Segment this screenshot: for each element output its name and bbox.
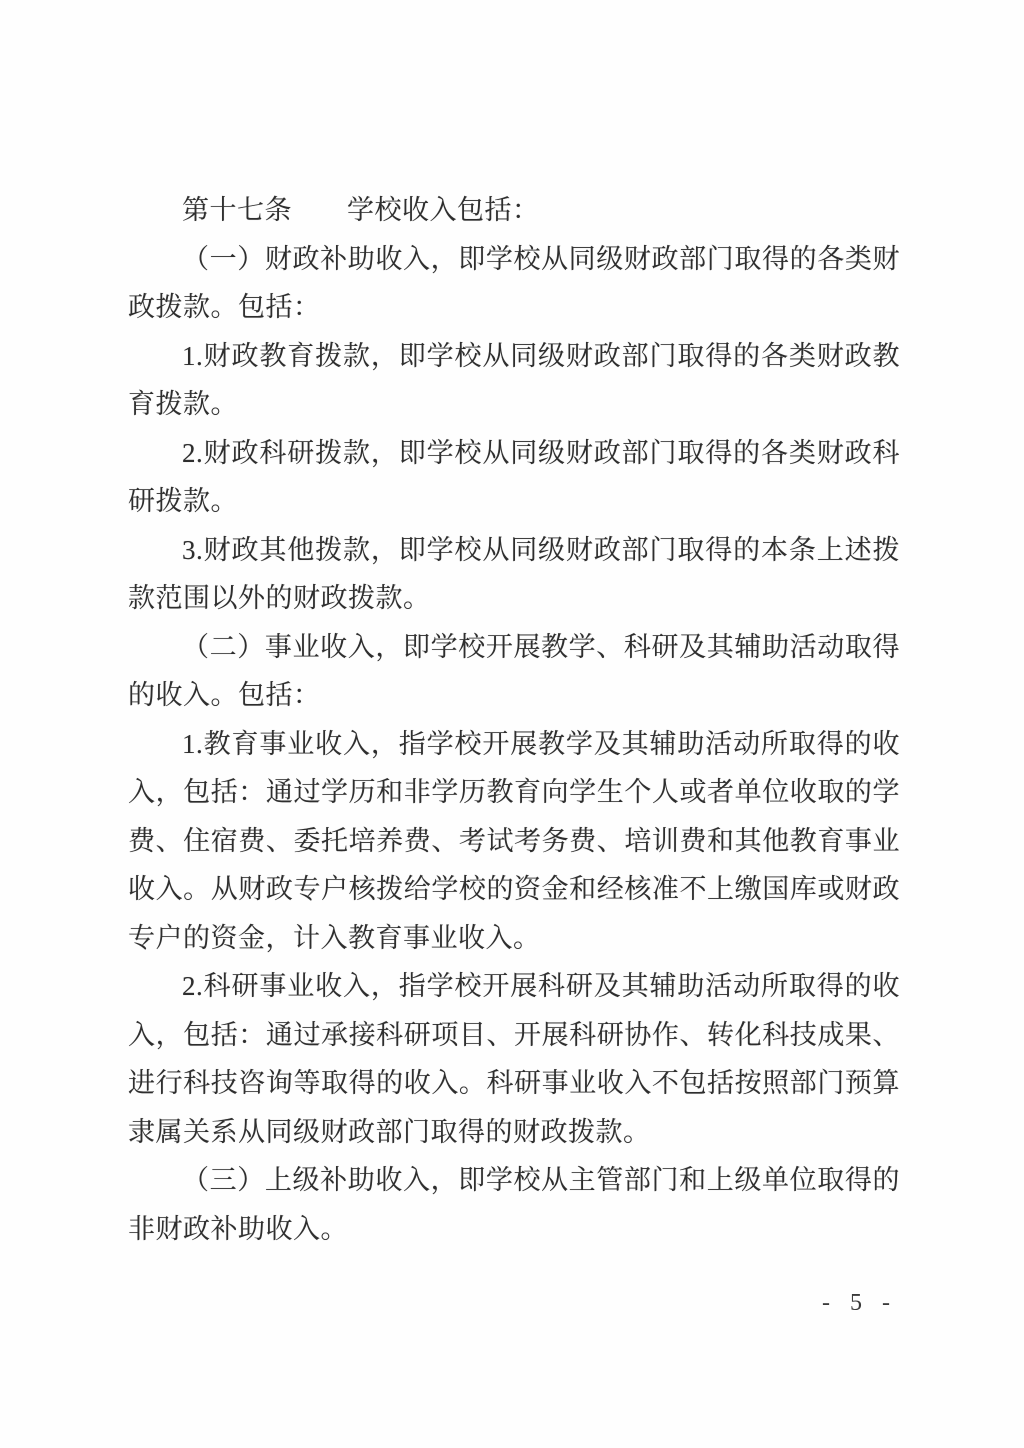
item-2-fiscal-research-appropriation: 2.财政科研拨款，即学校从同级财政部门取得的各类财政科研拨款。 xyxy=(128,429,900,526)
document-body: 第十七条 学校收入包括： （一）财政补助收入，即学校从同级财政部门取得的各类财政… xyxy=(128,186,900,1253)
item-2-research-operational-income: 2.科研事业收入，指学校开展科研及其辅助活动所取得的收入，包括：通过承接科研项目… xyxy=(128,962,900,1156)
document-page: 第十七条 学校收入包括： （一）财政补助收入，即学校从同级财政部门取得的各类财政… xyxy=(0,0,1024,1448)
item-1-fiscal-education-appropriation: 1.财政教育拨款，即学校从同级财政部门取得的各类财政教育拨款。 xyxy=(128,332,900,429)
clause-3-superior-subsidy-income: （三）上级补助收入，即学校从主管部门和上级单位取得的非财政补助收入。 xyxy=(128,1156,900,1253)
item-1-education-operational-income: 1.教育事业收入，指学校开展教学及其辅助活动所取得的收入，包括：通过学历和非学历… xyxy=(128,720,900,963)
clause-1-fiscal-subsidy-income: （一）财政补助收入，即学校从同级财政部门取得的各类财政拨款。包括： xyxy=(128,235,900,332)
item-3-fiscal-other-appropriation: 3.财政其他拨款，即学校从同级财政部门取得的本条上述拨款范围以外的财政拨款。 xyxy=(128,526,900,623)
page-number: - 5 - xyxy=(822,1290,892,1317)
article-17-heading: 第十七条 学校收入包括： xyxy=(128,186,900,235)
clause-2-operational-income: （二）事业收入，即学校开展教学、科研及其辅助活动取得的收入。包括： xyxy=(128,623,900,720)
